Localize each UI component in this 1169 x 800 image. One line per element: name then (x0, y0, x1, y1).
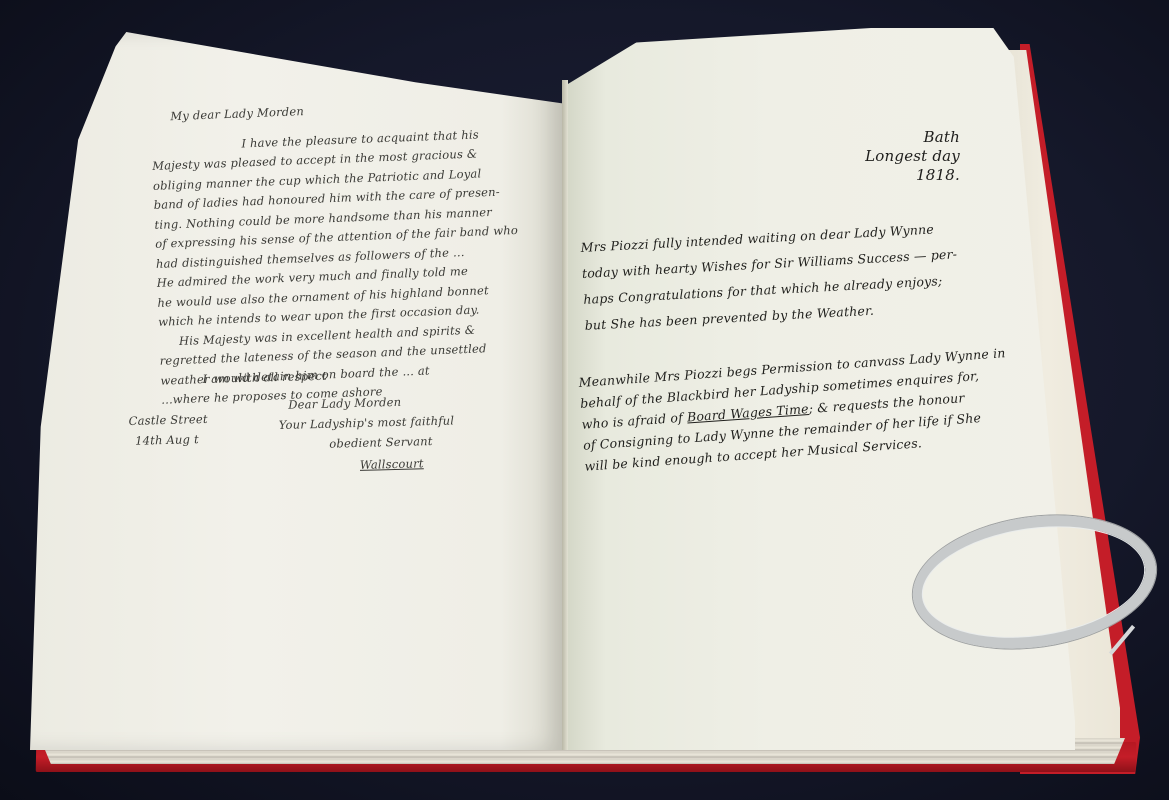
book-gutter (562, 80, 568, 750)
letter-signature: Wallscourt (360, 454, 424, 474)
note-day: Longest day (850, 147, 960, 166)
letter-closing-line: I am with all respect (202, 367, 327, 388)
note-heading: Bath Longest day 1818. (850, 128, 960, 185)
note-paragraph-1: Mrs Piozzi fully intended waiting on dea… (580, 215, 975, 339)
note-year: 1818. (850, 166, 960, 185)
letter-place: Castle Street (128, 410, 208, 430)
left-letter-body: My dear Lady Morden I have the pleasure … (150, 93, 556, 410)
note-place: Bath (850, 128, 960, 147)
letter-date: 14th Aug t (135, 430, 199, 450)
letter-closing-dear: Dear Lady Morden (288, 393, 401, 414)
letter-closing-servant: obedient Servant (329, 432, 433, 453)
